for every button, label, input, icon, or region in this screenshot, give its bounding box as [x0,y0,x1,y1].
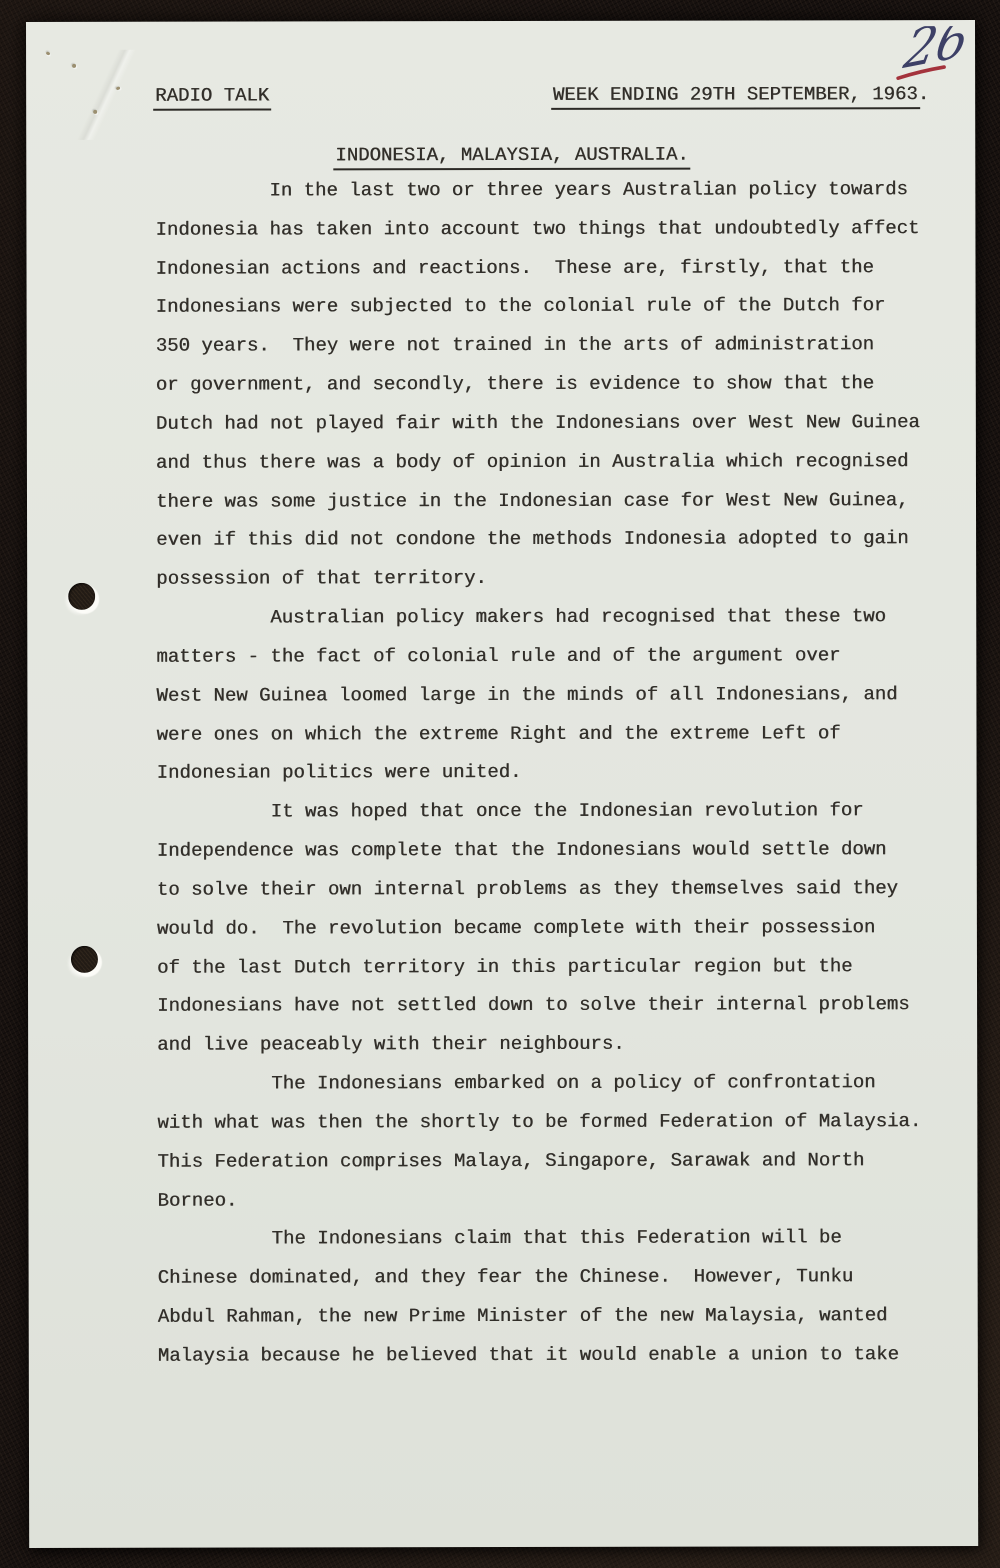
paper-crease [44,50,164,140]
pin-mark [72,64,76,68]
title-row: INDONESIA, MALAYSIA, AUSTRALIA. [335,143,689,168]
text-line: This Federation comprises Malaya, Singap… [157,1141,962,1182]
text-line: Indonesians have not settled down to sol… [157,985,962,1026]
text-line: Indonesia has taken into account two thi… [155,209,960,250]
text-line: Indonesian politics were united. [157,752,962,793]
text-line: Australian policy makers had recognised … [156,597,961,638]
week-ending-label: WEEK ENDING 29TH SEPTEMBER, 1963. [553,82,929,107]
document-title: INDONESIA, MALAYSIA, AUSTRALIA. [333,144,691,171]
text-line: Dutch had not played fair with the Indon… [156,403,961,444]
punch-hole-top [68,583,95,610]
text-line: The Indonesians embarked on a policy of … [157,1063,962,1104]
text-line: to solve their own internal problems as … [157,869,962,910]
text-line: matters - the fact of colonial rule and … [156,636,961,677]
pin-mark [116,86,121,90]
text-line: West New Guinea loomed large in the mind… [156,675,961,716]
text-line: of the last Dutch territory in this part… [157,947,962,988]
text-line: 350 years. They were not trained in the … [156,325,961,366]
text-line: there was some justice in the Indonesian… [156,481,961,522]
text-line: The Indonesians claim that this Federati… [158,1218,963,1259]
paragraph: The Indonesians embarked on a policy of … [157,1063,962,1220]
paragraph: The Indonesians claim that this Federati… [158,1218,963,1375]
text-line: Chinese dominated, and they fear the Chi… [158,1257,963,1298]
text-line: possession of that territory. [156,558,961,599]
text-line: were ones on which the extreme Right and… [156,714,961,755]
text-line: Indonesian actions and reactions. These … [155,248,960,289]
text-line: with what was then the shortly to be for… [157,1102,962,1143]
text-line: Abdul Rahman, the new Prime Minister of … [158,1296,963,1337]
document-page: 26 RADIO TALK WEEK ENDING 29TH SEPTEMBER… [26,20,978,1548]
text-line: Independence was complete that the Indon… [157,830,962,871]
text-line: or government, and secondly, there is ev… [156,364,961,405]
text-line: would do. The revolution became complete… [157,908,962,949]
text-line: It was hoped that once the Indonesian re… [157,791,962,832]
scan-background: 26 RADIO TALK WEEK ENDING 29TH SEPTEMBER… [0,0,1000,1568]
text-line: even if this did not condone the methods… [156,519,961,560]
document-type-label: RADIO TALK [155,83,269,107]
paragraph: Australian policy makers had recognised … [156,597,961,793]
text-line: Malaysia because he believed that it wou… [158,1335,963,1376]
text-line: In the last two or three years Australia… [155,170,960,211]
text-line: Borneo. [157,1180,962,1221]
pin-mark [93,110,97,114]
punch-hole-bottom [71,946,98,973]
paragraph: In the last two or three years Australia… [155,170,961,599]
pin-mark [46,51,51,55]
document-body: In the last two or three years Australia… [155,170,963,1375]
page-header: RADIO TALK WEEK ENDING 29TH SEPTEMBER, 1… [155,82,929,108]
text-line: and thus there was a body of opinion in … [156,442,961,483]
paragraph: It was hoped that once the Indonesian re… [157,791,963,1064]
text-line: and live peaceably with their neighbours… [157,1024,962,1065]
text-line: Indonesians were subjected to the coloni… [156,287,961,328]
